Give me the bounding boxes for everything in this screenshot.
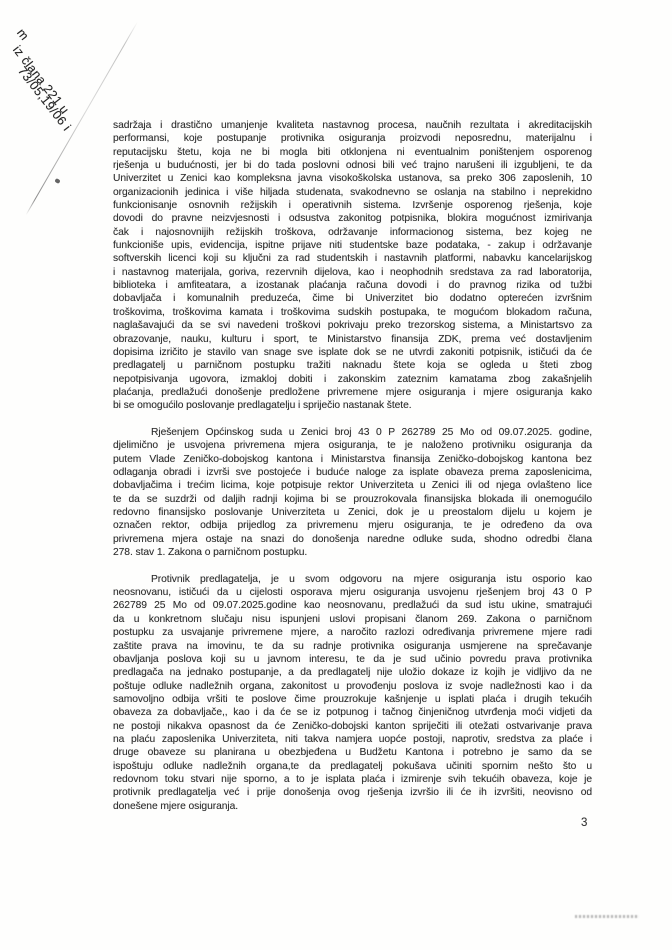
text-line: protivnik predlagatelja već i prije dono… <box>113 786 592 799</box>
text-line: rješenja u budućnosti, jer bi do tada po… <box>113 159 592 172</box>
text-line: redovnom toku stvari nije sporno, a to j… <box>113 773 592 786</box>
text-line: biblioteka i amfiteatara, a izostanak pl… <box>113 279 592 292</box>
text-line: bi se omogućilo poslovanje predlagatelju… <box>113 399 592 412</box>
text-line: označen rektor, odbija prijedlog za priv… <box>113 519 592 532</box>
text-line: ne postoji nikakva opasnost da će Zeničk… <box>113 720 592 733</box>
text-line: softverskih licenci koji su ključni za r… <box>113 252 592 265</box>
text-line: funkcioniše upis, evidencija, ispitne pr… <box>113 239 592 252</box>
text-line: postupku za usvajanje privremene mjere, … <box>113 626 592 639</box>
paragraph-2: Rješenjem Općinskog suda u Zenici broj 4… <box>113 426 592 559</box>
text-line: funkcionisanje osnovnih režijskih i oper… <box>113 199 592 212</box>
text-line: djelimično je usvojena privremena mjera … <box>113 439 592 452</box>
text-line: čak i najosnovnijih režijskih troškova, … <box>113 226 592 239</box>
text-line: organizacionih jedinica i više hiljada s… <box>113 186 592 199</box>
text-line: poštuje odluke nadležnih organa, zakonit… <box>113 680 592 693</box>
text-line: 278. stav 1. Zakona o parničnom postupku… <box>113 546 592 559</box>
text-line: dobavljačima i trećim licima, koje potpi… <box>113 479 592 492</box>
text-line: ispoštuju odluke nadležnih organa,te da … <box>113 760 592 773</box>
text-line: na plaću zaposlenika Univerziteta, niti … <box>113 733 592 746</box>
text-line: obavljanja poslova koji su u javnom inte… <box>113 653 592 666</box>
text-line: i nastavnog materijala, goriva, rezervni… <box>113 266 592 279</box>
scanned-document-page: m iz člana 221 u 73/05,19/06 i sadržaja … <box>0 0 672 950</box>
text-line: donešene mjere osiguranja. <box>113 800 592 813</box>
scan-ink-speck <box>54 178 60 184</box>
text-line: neosnovanu, ističući da u cijelosti ospo… <box>113 586 592 599</box>
document-body: sadržaja i drastično umanjenje kvaliteta… <box>113 119 592 813</box>
text-line: plaćanja, predlažući donošenje predložen… <box>113 386 592 399</box>
page-number: 3 <box>581 817 587 829</box>
text-line: privremena mjera ostaje na snazi do dono… <box>113 533 592 546</box>
text-line: Univerzitet u Zenici kao kompleksna javn… <box>113 172 592 185</box>
stamp-text-fragment: m <box>14 26 32 43</box>
text-line: troškovima, troškovima kamata i troškovi… <box>113 306 592 319</box>
text-line: da u konkretnom slučaju nisu ispunjeni u… <box>113 613 592 626</box>
text-line: dovodi do pravne neizvjesnosti i odsustv… <box>113 212 592 225</box>
text-line: putem Vlade Zeničko-dobojskog kantona i … <box>113 453 592 466</box>
text-line: predlagača na jednako postupanje, a da p… <box>113 666 592 679</box>
text-line: obaveza za dobavljače,, kao i da će se i… <box>113 706 592 719</box>
paragraph-3: Protivnik predlagatelja, je u svom odgov… <box>113 573 592 813</box>
text-line: reputacijsku štetu, koja ne bi mogla bit… <box>113 146 592 159</box>
scanner-footer-artifact <box>575 915 639 918</box>
text-line: sadržaja i drastično umanjenje kvaliteta… <box>113 119 592 132</box>
text-line: Rješenjem Općinskog suda u Zenici broj 4… <box>113 426 592 439</box>
text-line: obrazovanje, nauku, kulturu i sport, te … <box>113 333 592 346</box>
text-line: naglašavajući da se svi navedeni troškov… <box>113 319 592 332</box>
text-line: redovno finansijsko poslovanje Univerzit… <box>113 506 592 519</box>
paragraph-1: sadržaja i drastično umanjenje kvaliteta… <box>113 119 592 413</box>
text-line: Protivnik predlagatelja, je u svom odgov… <box>113 573 592 586</box>
text-line: samovoljno odbija vršiti te poslove čime… <box>113 693 592 706</box>
text-line: druge obaveze su planirana u obezbjeđena… <box>113 746 592 759</box>
text-line: performansi, koje postupanje protivnika … <box>113 132 592 145</box>
text-line: zaštite prava na imovinu, te da su radnj… <box>113 640 592 653</box>
text-line: nepotpisivanja ugovora, izmakloj dobiti … <box>113 373 592 386</box>
text-line: predlagatelj u parničnom postupku tražit… <box>113 359 592 372</box>
text-line: dobavljača i komunalnih preduzeća, čime … <box>113 292 592 305</box>
text-line: 262789 25 Mo od 09.07.2025.godine kao ne… <box>113 599 592 612</box>
text-line: dopisima izričito je stavilo van snage s… <box>113 346 592 359</box>
text-line: odlaganja obradi i izvrši sve postojeće … <box>113 466 592 479</box>
text-line: te da se suzdrži od daljih radnji kojima… <box>113 493 592 506</box>
